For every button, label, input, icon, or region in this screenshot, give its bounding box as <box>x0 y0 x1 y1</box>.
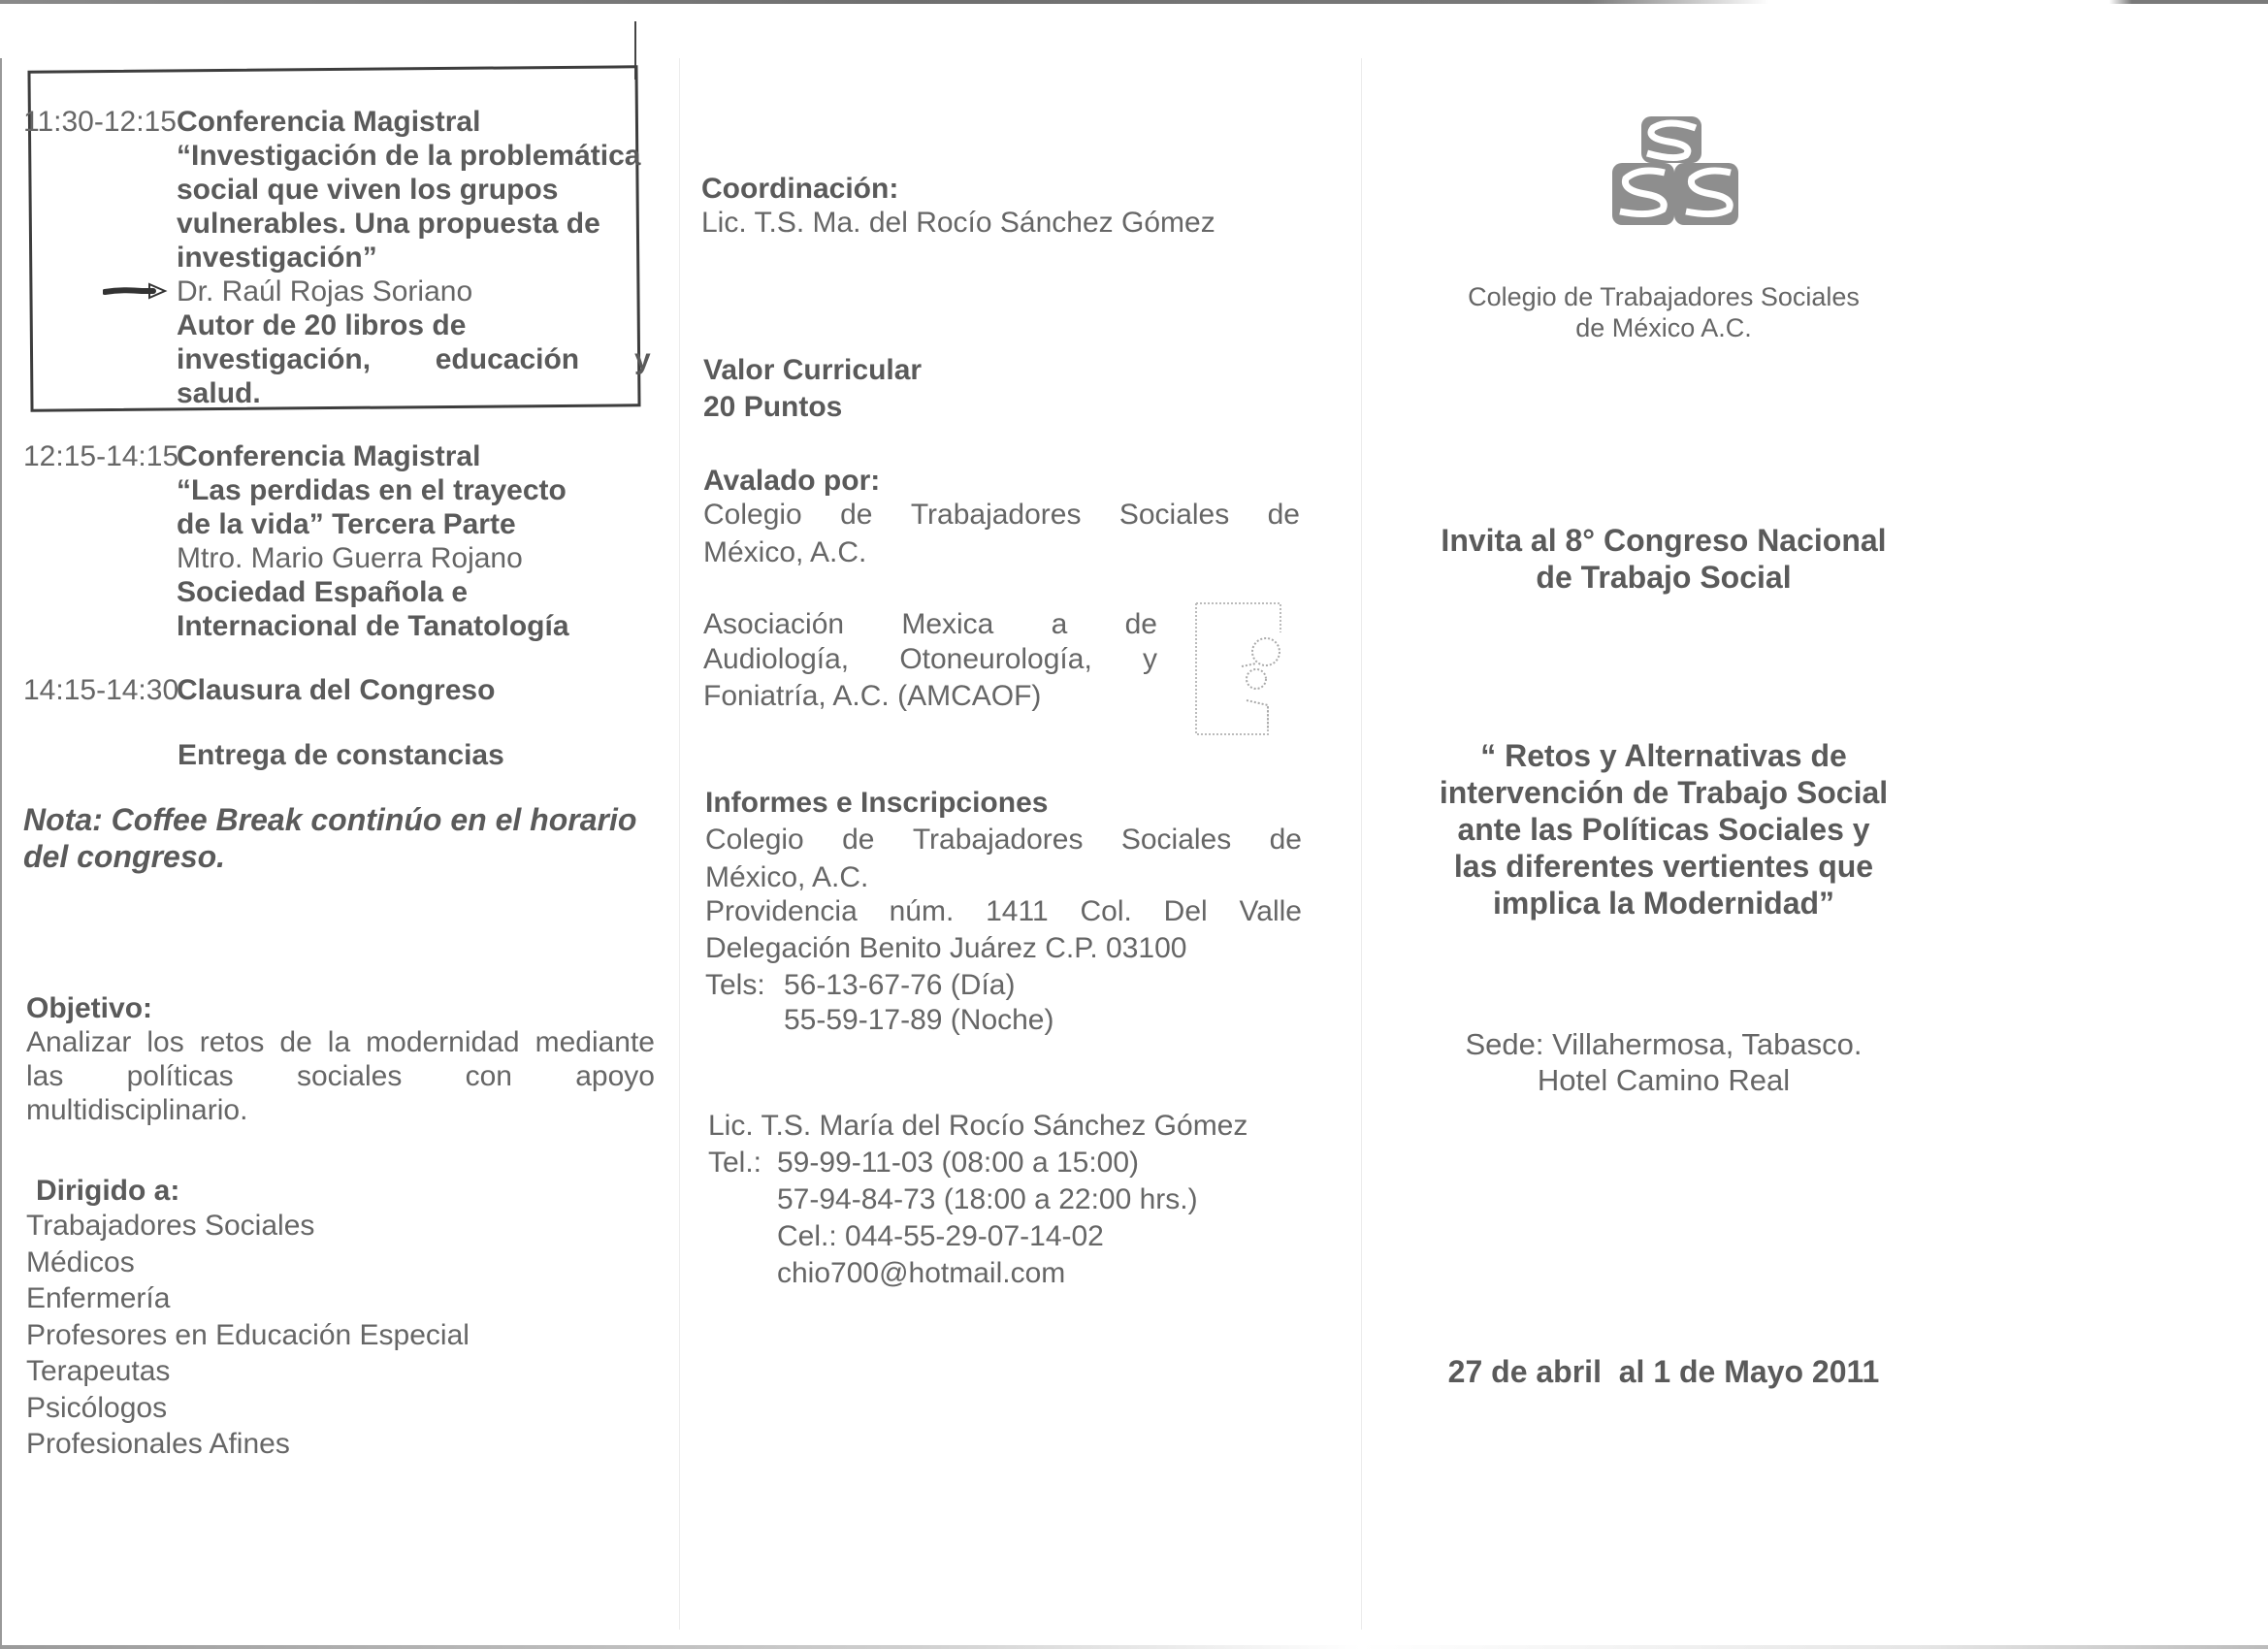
objective-line: Analizar los retos de la modernidad medi… <box>26 1025 655 1059</box>
session-title: “Las perdidas en el trayecto <box>177 473 567 507</box>
endorsed-org-2: AsociaciónMexicaade <box>703 607 1157 641</box>
info-heading: Informes e Inscripciones <box>705 786 1048 820</box>
objective-word: las <box>26 1059 63 1093</box>
speaker-bio: investigación, educación <box>177 342 579 376</box>
venue-line: Sede: Villahermosa, Tabasco. <box>1407 1026 1921 1062</box>
info-word: Providencia <box>705 894 858 928</box>
fold-line-right <box>1361 58 1362 1630</box>
venue-line: Hotel Camino Real <box>1407 1062 1921 1098</box>
audience-heading: Dirigido a: <box>36 1174 179 1208</box>
endorsed-heading: Avalado por: <box>703 464 880 498</box>
endorsed-word: a <box>1052 607 1068 641</box>
objective-line: multidisciplinario. <box>26 1093 247 1127</box>
session-type: Conferencia Magistral <box>177 105 480 139</box>
endorsed-org-1: ColegiodeTrabajadoresSocialesde <box>703 498 1300 532</box>
info-address: ColegiodeTrabajadoresSocialesde <box>705 823 1302 857</box>
audience-list: Trabajadores SocialesMédicosEnfermeríaPr… <box>26 1208 470 1463</box>
objective-word: políticas <box>127 1059 234 1093</box>
theme-line: “ Retos y Alternativas de <box>1407 737 1921 774</box>
info-word: 1411 <box>986 894 1049 928</box>
colegio-sss-logo-icon <box>1610 114 1741 231</box>
congress-theme: “ Retos y Alternativas deintervención de… <box>1407 737 1921 921</box>
constancias-text: Entrega de constancias <box>178 738 504 772</box>
endorsed-word: de <box>840 498 872 532</box>
info-tel-night: 55-59-17-89 (Noche) <box>784 1003 1053 1037</box>
info-word: de <box>1270 823 1302 857</box>
endorsed-word: Trabajadores <box>911 498 1082 532</box>
session-title: “Investigación de la problemática <box>177 139 640 173</box>
info-address: Delegación Benito Juárez C.P. 03100 <box>705 931 1186 965</box>
audience-item: Terapeutas <box>26 1353 470 1390</box>
info-word: Valle <box>1240 894 1302 928</box>
theme-line: intervención de Trabajo Social <box>1407 774 1921 811</box>
coordination-heading: Coordinación: <box>701 172 898 206</box>
info-word: Col. <box>1080 894 1131 928</box>
hand-drawn-arrow-icon <box>103 281 171 301</box>
speaker-name: Mtro. Mario Guerra Rojano <box>177 541 523 575</box>
info-word: Del <box>1164 894 1208 928</box>
info-word: Trabajadores <box>913 823 1084 857</box>
objective-word: sociales <box>297 1059 402 1093</box>
info-address: Providencianúm.1411Col.DelValle <box>705 894 1302 928</box>
theme-line: las diferentes vertientes que <box>1407 848 1921 885</box>
endorsed-word: Otoneurología, <box>899 642 1091 676</box>
speaker-bio: Autor de 20 libros de <box>177 308 466 342</box>
cover-org-line: Colegio de Trabajadores Sociales <box>1407 281 1921 312</box>
invite-line: Invita al 8° Congreso Nacional <box>1407 522 1921 559</box>
audience-item: Psicólogos <box>26 1390 470 1427</box>
objective-line: laspolíticassocialesconapoyo <box>26 1059 655 1093</box>
endorsed-word: de <box>1268 498 1300 532</box>
endorsed-word: Colegio <box>703 498 802 532</box>
session-title: vulnerables. Una propuesta de <box>177 207 600 241</box>
speaker-bio: salud. <box>177 376 261 410</box>
endorsed-word: de <box>1125 607 1157 641</box>
endorsed-word: y <box>1143 642 1157 676</box>
coffee-break-note: Nota: Coffee Break continúo en el horari… <box>23 801 664 875</box>
session-time: 12:15-14:15 <box>23 439 178 473</box>
cover-org-line: de México A.C. <box>1407 312 1921 343</box>
info-word: de <box>842 823 874 857</box>
session-time: 11:30-12:15 <box>23 105 177 139</box>
info-word: Colegio <box>705 823 804 857</box>
contact-email-link[interactable]: chio700@hotmail.com <box>777 1256 1065 1290</box>
objective-word: con <box>466 1059 512 1093</box>
objective-word: apoyo <box>575 1059 655 1093</box>
session-type: Conferencia Magistral <box>177 439 480 473</box>
contact-tel-2: 57-94-84-73 (18:00 a 22:00 hrs.) <box>777 1182 1198 1216</box>
contact-tel-1: 59-99-11-03 (08:00 a 15:00) <box>777 1146 1139 1180</box>
endorsed-org-1: México, A.C. <box>703 535 866 569</box>
session-type: Clausura del Congreso <box>177 673 495 707</box>
scan-edge-left <box>0 58 2 1649</box>
endorsed-word: Mexica <box>901 607 993 641</box>
contact-name: Lic. T.S. María del Rocío Sánchez Gómez <box>708 1109 1247 1143</box>
contact-tel-label: Tel.: <box>708 1146 761 1180</box>
speaker-affiliation: Sociedad Española e <box>177 575 468 609</box>
audience-item: Profesores en Educación Especial <box>26 1317 470 1354</box>
session-time: 14:15-14:30 <box>23 673 178 707</box>
theme-line: implica la Modernidad” <box>1407 885 1921 921</box>
speaker-name: Dr. Raúl Rojas Soriano <box>177 275 472 308</box>
objective-heading: Objetivo: <box>26 991 152 1025</box>
session-title: de la vida” Tercera Parte <box>177 507 516 541</box>
info-tel-day: 56-13-67-76 (Día) <box>784 968 1015 1002</box>
invite-line: de Trabajo Social <box>1407 559 1921 596</box>
info-word: Sociales <box>1121 823 1231 857</box>
congress-dates: 27 de abril al 1 de Mayo 2011 <box>1407 1353 1921 1390</box>
curricular-points: 20 Puntos <box>703 390 842 424</box>
audience-item: Médicos <box>26 1245 470 1281</box>
endorsed-word: Audiología, <box>703 642 849 676</box>
endorsed-word: Asociación <box>703 607 844 641</box>
scan-edge-top <box>0 0 2268 4</box>
audience-item: Enfermería <box>26 1280 470 1317</box>
info-address: México, A.C. <box>705 860 868 894</box>
session-title: social que viven los grupos <box>177 173 558 207</box>
amcaof-logo-icon <box>1188 594 1295 739</box>
audience-item: Trabajadores Sociales <box>26 1208 470 1245</box>
endorsed-org-2: Foniatría, A.C. (AMCAOF) <box>703 679 1041 713</box>
coordination-name: Lic. T.S. Ma. del Rocío Sánchez Gómez <box>701 206 1215 240</box>
speaker-bio-trailing: y <box>634 342 651 376</box>
theme-line: ante las Políticas Sociales y <box>1407 811 1921 848</box>
audience-item: Profesionales Afines <box>26 1426 470 1463</box>
fold-line-left <box>679 58 680 1630</box>
session-title: investigación” <box>177 241 377 275</box>
speaker-affiliation: Internacional de Tanatología <box>177 609 569 643</box>
endorsed-word: Sociales <box>1119 498 1229 532</box>
info-tels-label: Tels: <box>705 968 765 1002</box>
info-word: núm. <box>890 894 955 928</box>
curricular-heading: Valor Curricular <box>703 353 922 387</box>
scan-edge-bottom <box>0 1645 2268 1649</box>
contact-cel: Cel.: 044-55-29-07-14-02 <box>777 1219 1104 1253</box>
endorsed-org-2: Audiología,Otoneurología,y <box>703 642 1157 676</box>
